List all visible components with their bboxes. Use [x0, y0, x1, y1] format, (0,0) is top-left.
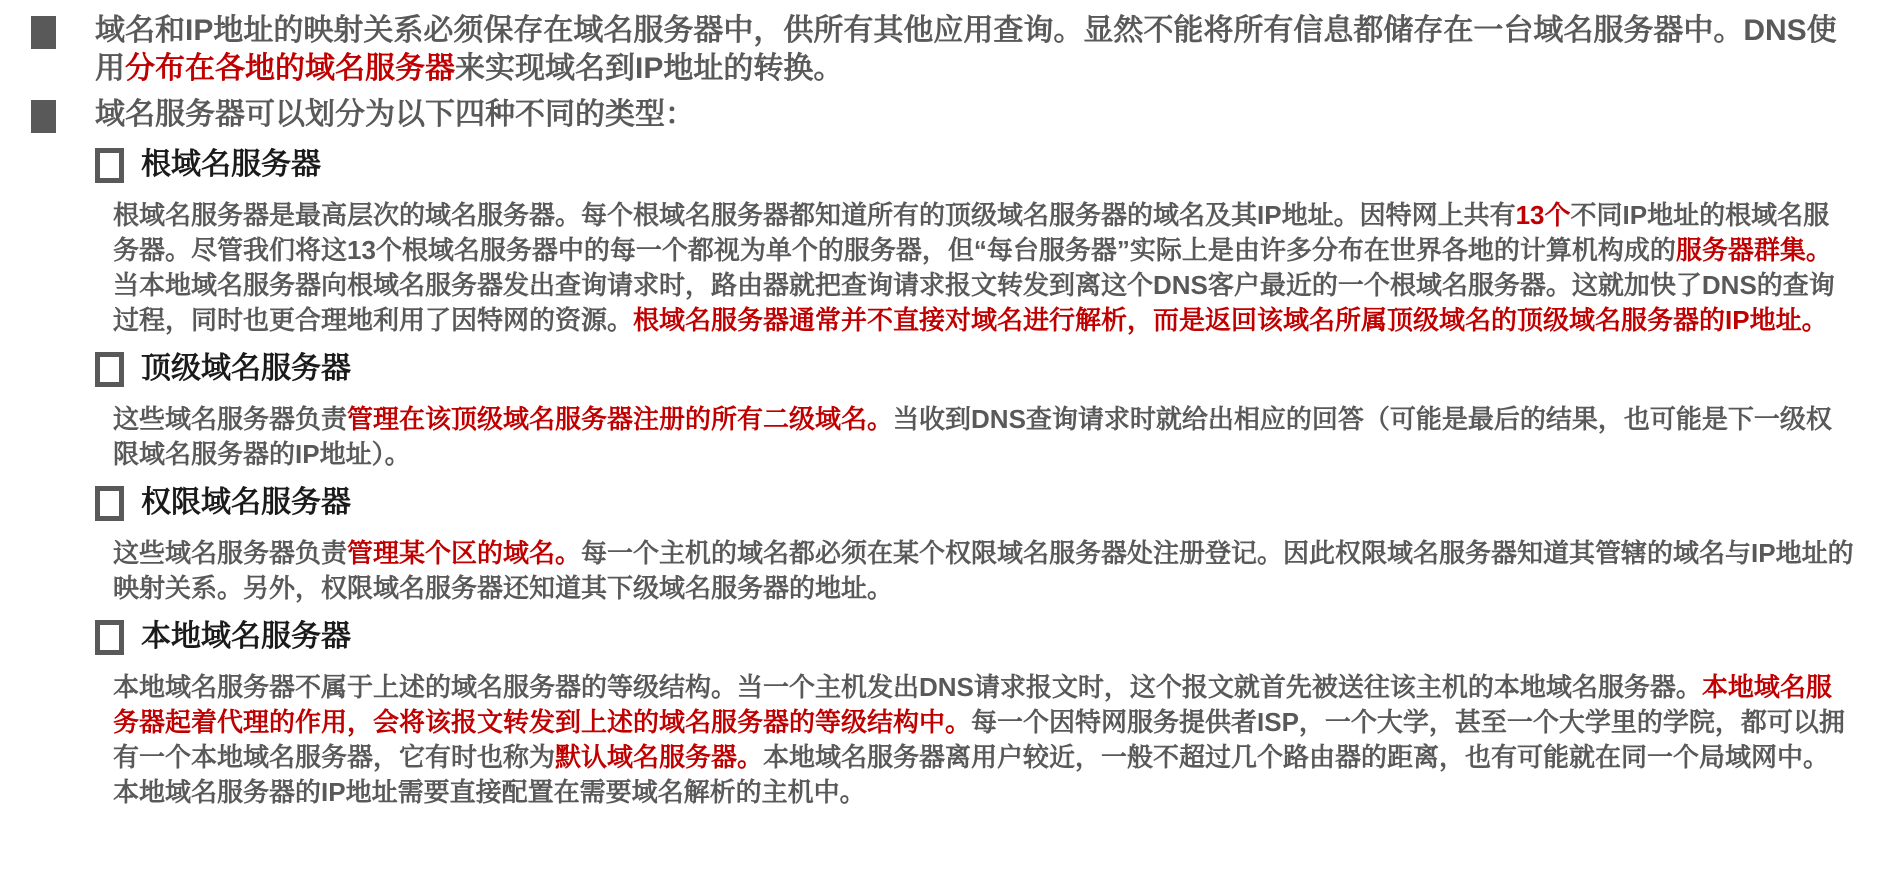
section-heading: 本地域名服务器 — [95, 618, 1855, 656]
section-heading: 权限域名服务器 — [95, 484, 1855, 522]
slide: 域名和IP地址的映射关系必须保存在域名服务器中，供所有其他应用查询。显然不能将所… — [0, 0, 1880, 886]
section-top-level-name-server: 顶级域名服务器 这些域名服务器负责管理在该顶级域名服务器注册的所有二级域名。当收… — [95, 350, 1855, 472]
section-local-name-server: 本地域名服务器 本地域名服务器不属于上述的域名服务器的等级结构。当一个主机发出D… — [95, 618, 1855, 810]
bullet-text: 域名服务器可以划分为以下四种不同的类型： — [95, 96, 695, 134]
filled-square-bullet-icon — [31, 16, 56, 49]
bullet-item-server-types: 域名服务器可以划分为以下四种不同的类型： — [31, 96, 1855, 134]
bullet-text: 域名和IP地址的映射关系必须保存在域名服务器中，供所有其他应用查询。显然不能将所… — [95, 12, 1855, 88]
section-title: 权限域名服务器 — [141, 484, 351, 522]
hollow-square-bullet-icon — [95, 352, 124, 387]
hollow-square-bullet-icon — [95, 148, 124, 183]
bullet-item-dns-mapping: 域名和IP地址的映射关系必须保存在域名服务器中，供所有其他应用查询。显然不能将所… — [31, 12, 1855, 88]
hollow-square-bullet-icon — [95, 620, 124, 655]
section-title: 顶级域名服务器 — [141, 350, 351, 388]
section-title: 根域名服务器 — [141, 146, 321, 184]
section-heading: 顶级域名服务器 — [95, 350, 1855, 388]
section-paragraph: 这些域名服务器负责管理某个区的域名。每一个主机的域名都必须在某个权限域名服务器处… — [113, 536, 1855, 606]
filled-square-bullet-icon — [31, 100, 56, 133]
section-paragraph: 这些域名服务器负责管理在该顶级域名服务器注册的所有二级域名。当收到DNS查询请求… — [113, 402, 1855, 472]
section-paragraph: 根域名服务器是最高层次的域名服务器。每个根域名服务器都知道所有的顶级域名服务器的… — [113, 198, 1855, 338]
hollow-square-bullet-icon — [95, 486, 124, 521]
section-root-name-server: 根域名服务器 根域名服务器是最高层次的域名服务器。每个根域名服务器都知道所有的顶… — [95, 146, 1855, 338]
section-paragraph: 本地域名服务器不属于上述的域名服务器的等级结构。当一个主机发出DNS请求报文时，… — [113, 670, 1855, 810]
section-authoritative-name-server: 权限域名服务器 这些域名服务器负责管理某个区的域名。每一个主机的域名都必须在某个… — [95, 484, 1855, 606]
section-heading: 根域名服务器 — [95, 146, 1855, 184]
section-title: 本地域名服务器 — [141, 618, 351, 656]
